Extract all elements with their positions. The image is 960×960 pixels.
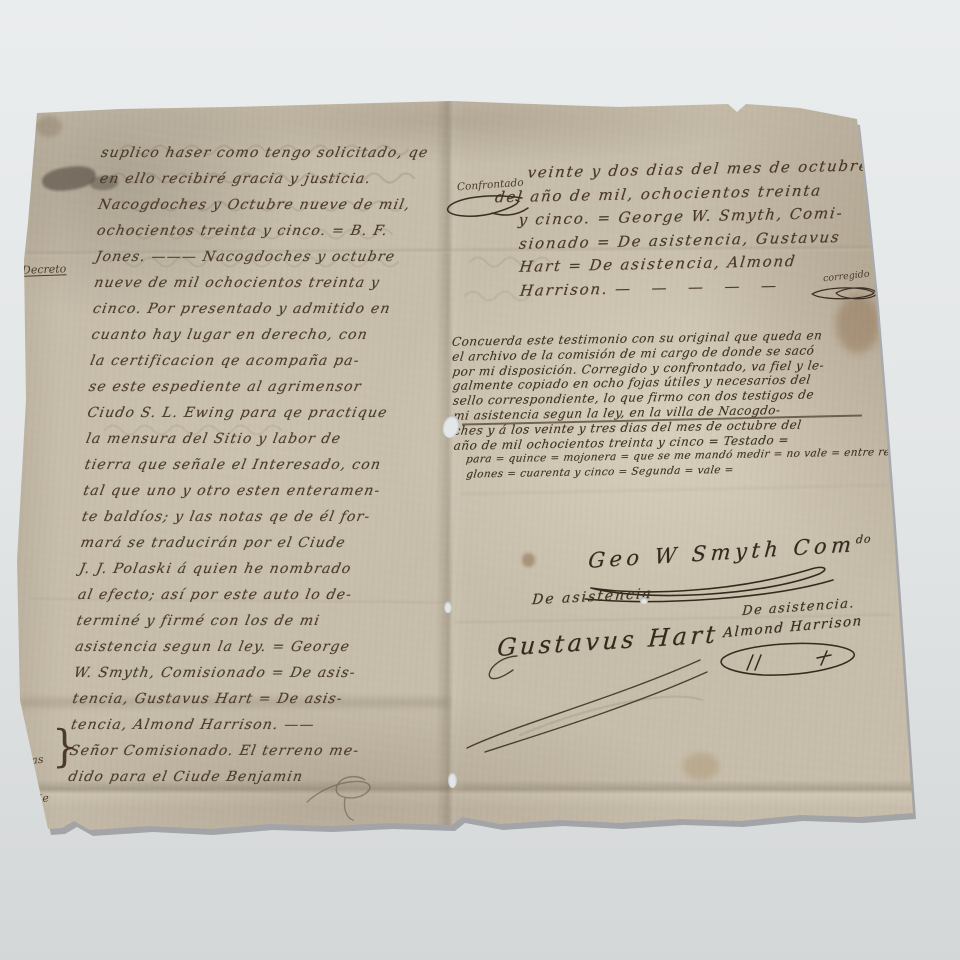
corregido-rubric-flourish: [806, 282, 884, 306]
manuscript-line: tierra que señale el Interesado, con: [82, 452, 447, 478]
confrontado-rubric-flourish: [442, 190, 532, 222]
manuscript-line: suplico haser como tengo solicitado, qe: [99, 140, 464, 166]
left-page-text: suplico haser como tengo solicitado, qe …: [66, 140, 460, 790]
manuscript-line: nueve de mil ochocientos treinta y: [92, 270, 457, 296]
pencil-flourish: [295, 770, 395, 825]
manuscript-line: tencia, Almond Harrison. ——: [69, 712, 434, 738]
manuscript-line: Señor Comisionado. El terreno me-: [67, 738, 432, 764]
manuscript-line: asistencia segun la ley. = George: [73, 634, 438, 660]
certification-text: Concuerda este testimonio con su origina…: [451, 327, 882, 482]
manuscript-line: mará se traducirán por el Ciude: [78, 530, 443, 556]
manuscript-line: tencia, Gustavus Hart = De asis-: [70, 686, 435, 712]
manuscript-line: J. J. Polaski á quien he nombrado: [77, 556, 442, 582]
manuscript-line: la mensura del Sitio y labor de: [84, 426, 449, 452]
paper-hole: [640, 597, 648, 604]
manuscript-line: Jones. ——— Nacogdoches y octubre: [93, 244, 458, 270]
paper-hole: [448, 772, 457, 788]
margin-note-decreto: Decreto: [22, 262, 67, 277]
manuscript-line: te baldíos; y las notas qe de él for-: [80, 504, 445, 530]
photo: suplico haser como tengo solicitado, qe …: [0, 0, 960, 960]
manuscript-line: en ello recibiré gracia y justicia.: [97, 166, 462, 192]
manuscript-line: ochocientos treinta y cinco. = B. F.: [95, 218, 460, 244]
manuscript-line: al efecto; así por este auto lo de-: [75, 582, 440, 608]
margin-note-line: Notas: [10, 753, 46, 769]
manuscript-line: Ciudo S. L. Ewing para qe practique: [85, 400, 450, 426]
manuscript-line: Nacogdoches y Octubre nueve de mil,: [96, 192, 461, 218]
manuscript-line: cuanto hay lugar en derecho, con: [89, 322, 454, 348]
paper-hole: [444, 601, 452, 613]
margin-note-line: de Me: [13, 792, 49, 808]
manuscript-line: cinco. Por presentado y admitido en: [90, 296, 455, 322]
hart-signature-flourish: [455, 640, 765, 755]
manuscript-line: tal que uno y otro esten enteramen-: [81, 478, 446, 504]
manuscript-line: terminé y firmé con los de mi: [74, 608, 439, 634]
margin-note-brace: }: [52, 722, 77, 773]
manuscript-line: W. Smyth, Comisionado = De asis-: [71, 660, 436, 686]
manuscript-line: se este espediente al agrimensor: [86, 374, 451, 400]
signature-smyth-title: do: [855, 532, 872, 546]
manuscript-line: la certificacion qe acompaña pa-: [88, 348, 453, 374]
margin-note-line: didas.: [17, 830, 53, 846]
